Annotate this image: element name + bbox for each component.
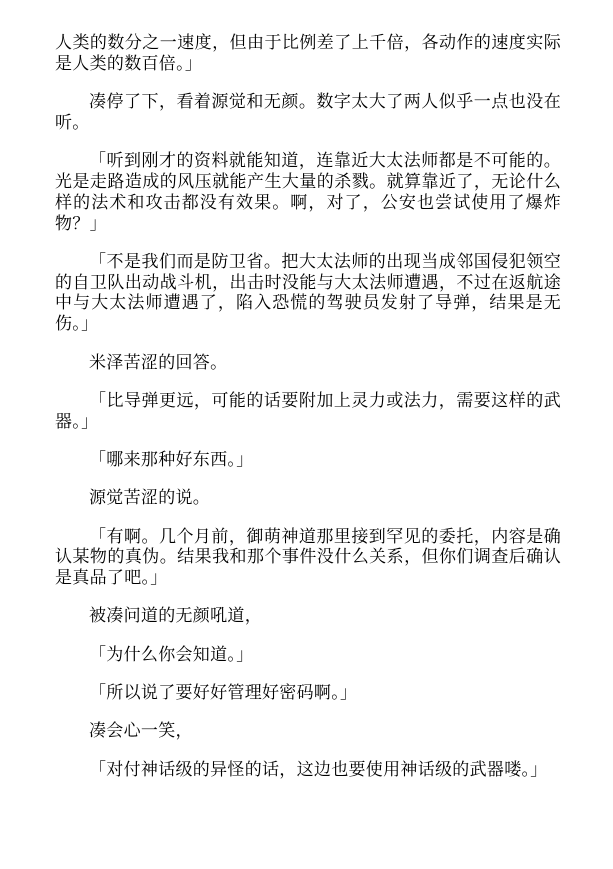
paragraph: 「比导弹更远，可能的话要附加上灵力或法力，需要这样的武器。」 (55, 391, 561, 433)
paragraph: 「对付神话级的异怪的话，这边也要使用神话级的武器喽。」 (55, 760, 561, 781)
novel-page: 人类的数分之一速度，但由于比例差了上千倍，各动作的速度实际是人类的数百倍。」 凑… (0, 0, 613, 869)
paragraph: 米泽苦涩的回答。 (55, 353, 561, 374)
paragraph: 「所以说了要好好管理好密码啊。」 (55, 683, 561, 704)
paragraph: 「不是我们而是防卫省。把大太法师的出现当成邻国侵犯领空的自卫队出动战斗机，出击时… (55, 252, 561, 335)
paragraph: 凑会心一笑， (55, 721, 561, 742)
paragraph: 源觉苦涩的说。 (55, 488, 561, 509)
paragraph: 人类的数分之一速度，但由于比例差了上千倍，各动作的速度实际是人类的数百倍。」 (55, 33, 561, 75)
paragraph: 「有啊。几个月前，御萌神道那里接到罕见的委托，内容是确认某物的真伪。结果我和那个… (55, 527, 561, 589)
paragraph: 「听到刚才的资料就能知道，连靠近大太法师都是不可能的。光是走路造成的风压就能产生… (55, 151, 561, 234)
paragraph: 凑停了下，看着源觉和无颜。数字太大了两人似乎一点也没在听。 (55, 92, 561, 134)
paragraph: 「为什么你会知道。」 (55, 645, 561, 666)
paragraph: 「哪来那种好东西。」 (55, 450, 561, 471)
paragraph: 被凑问道的无颜吼道， (55, 606, 561, 627)
